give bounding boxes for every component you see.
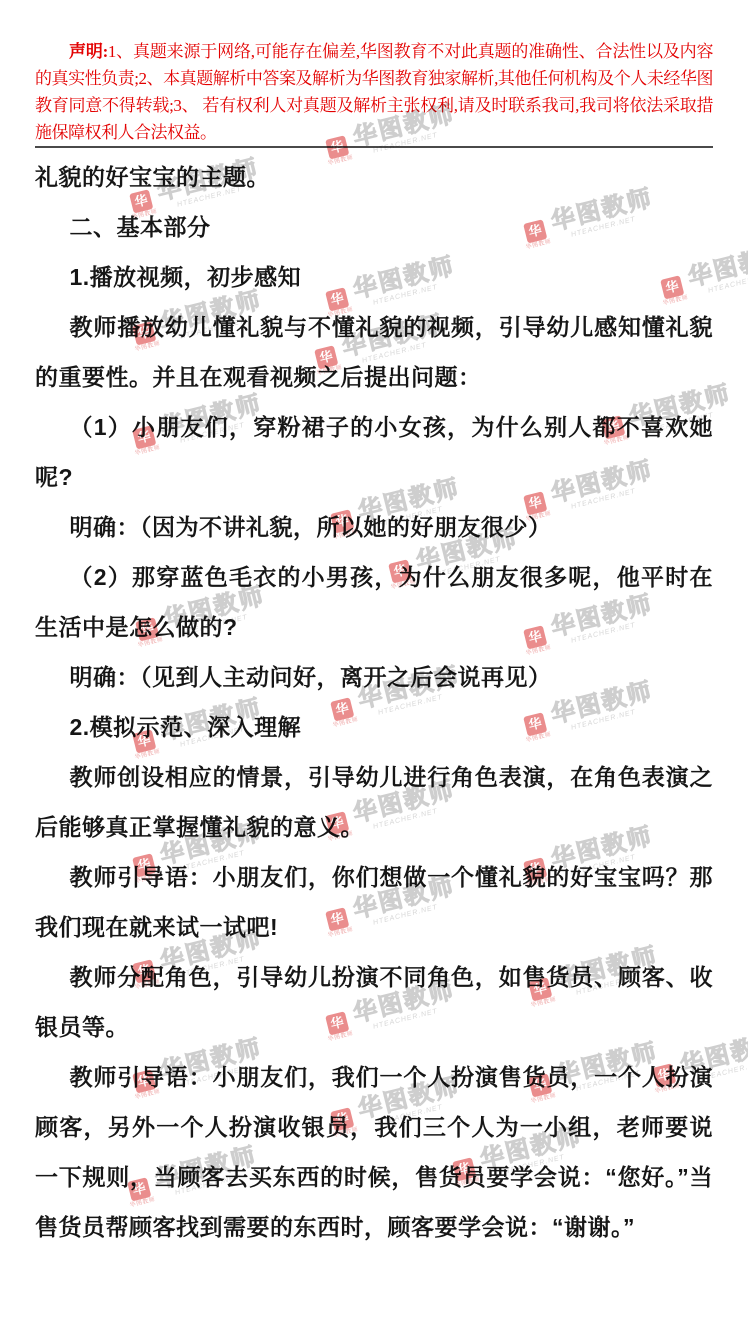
document-body: 礼貌的好宝宝的主题。二、基本部分1.播放视频，初步感知教师播放幼儿懂礼貌与不懂礼… — [35, 152, 713, 1252]
paragraph: （1）小朋友们，穿粉裙子的小女孩，为什么别人都不喜欢她呢? — [35, 402, 713, 502]
paragraph: 明确：（见到人主动问好，离开之后会说再见） — [35, 652, 713, 702]
paragraph: 礼貌的好宝宝的主题。 — [35, 152, 713, 202]
document-page: 声明:1、真题来源于网络,可能存在偏差,华图教育不对此真题的准确性、合法性以及内… — [0, 0, 748, 1335]
paragraph: 2.模拟示范、深入理解 — [35, 702, 713, 752]
paragraph: 教师分配角色，引导幼儿扮演不同角色，如售货员、顾客、收银员等。 — [35, 952, 713, 1052]
paragraph: 二、基本部分 — [35, 202, 713, 252]
paragraph: 教师引导语：小朋友们，我们一个人扮演售货员，一个人扮演顾客，另外一个人扮演收银员… — [35, 1052, 713, 1252]
disclaimer-text: 1、真题来源于网络,可能存在偏差,华图教育不对此真题的准确性、合法性以及内容的真… — [35, 42, 713, 142]
paragraph: 教师引导语：小朋友们，你们想做一个懂礼貌的好宝宝吗？那我们现在就来试一试吧! — [35, 852, 713, 952]
disclaimer: 声明:1、真题来源于网络,可能存在偏差,华图教育不对此真题的准确性、合法性以及内… — [35, 38, 713, 146]
paragraph: 教师创设相应的情景，引导幼儿进行角色表演，在角色表演之后能够真正掌握懂礼貌的意义… — [35, 752, 713, 852]
paragraph: 1.播放视频，初步感知 — [35, 252, 713, 302]
disclaimer-label: 声明: — [69, 42, 108, 61]
header-separator-line — [35, 146, 713, 148]
paragraph: 教师播放幼儿懂礼貌与不懂礼貌的视频，引导幼儿感知懂礼貌的重要性。并且在观看视频之… — [35, 302, 713, 402]
paragraph: （2）那穿蓝色毛衣的小男孩，为什么朋友很多呢，他平时在生活中是怎么做的? — [35, 552, 713, 652]
paragraph: 明确：（因为不讲礼貌，所以她的好朋友很少） — [35, 502, 713, 552]
